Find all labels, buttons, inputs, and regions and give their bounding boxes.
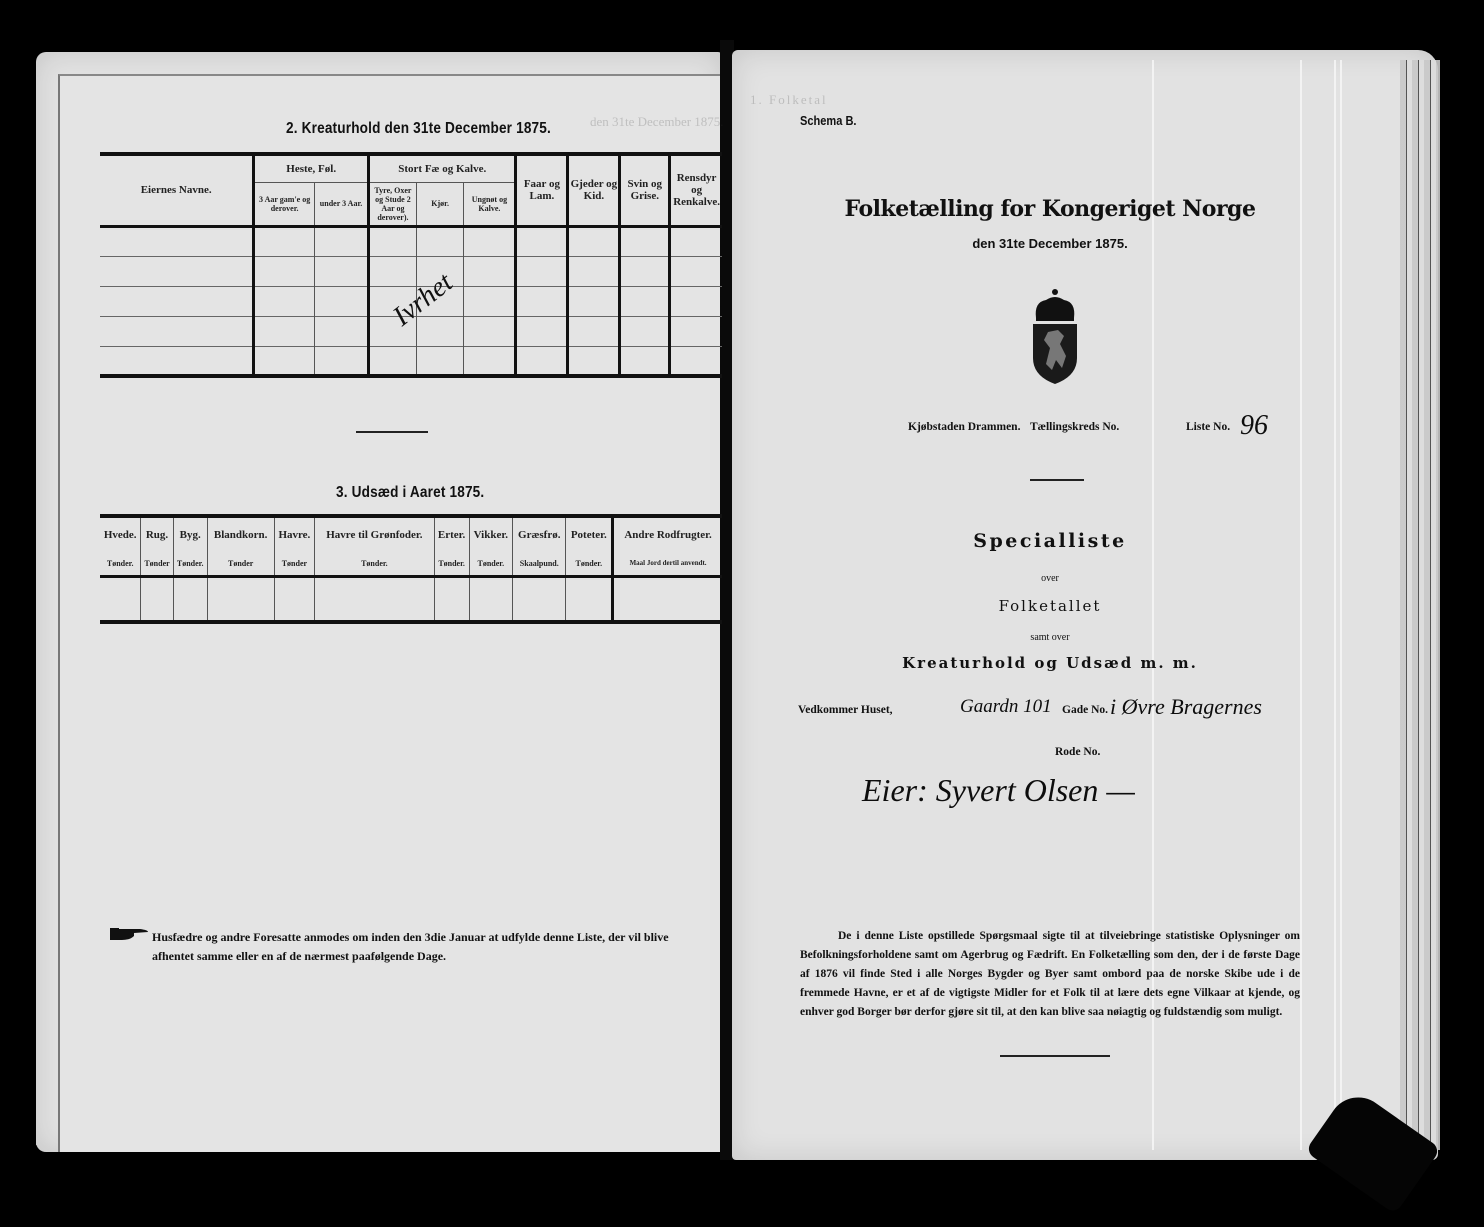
coat-of-arms-icon [1028, 288, 1082, 384]
scan-artifact-line [1340, 60, 1342, 1150]
bleed-through-text: 1. Folketal [750, 92, 828, 108]
divider [1030, 479, 1084, 481]
bleed-through-text: den 31te December 1875. [590, 114, 724, 130]
vedkommer-huset-label: Vedkommer Huset, [798, 704, 893, 716]
unit-label: Tønder. [434, 552, 469, 576]
col-cattle-calves: Ungnøt og Kalve. [464, 182, 516, 226]
col-sheep: Faar og Lam. [516, 154, 568, 226]
liste-no-label: Liste No. [1186, 421, 1230, 433]
kreaturhold-heading: Kreaturhold og Udsæd m. m. [880, 654, 1220, 672]
col-blandkorn: Blandkorn. [207, 516, 274, 552]
section-2-title: 2. Kreaturhold den 31te December 1875. [286, 120, 551, 138]
unit-label: Tønder [274, 552, 314, 576]
unit-label: Skaalpund. [513, 552, 566, 576]
notice-text: Husfædre og andre Foresatte anmodes om i… [152, 928, 712, 966]
col-horses-young: under 3 Aar. [314, 182, 368, 226]
kjobstad-label: Kjøbstaden Drammen. [908, 421, 1020, 433]
gade-no-label: Gade No. [1062, 704, 1108, 716]
liste-number-handwritten: 96 [1240, 410, 1268, 442]
col-pigs: Svin og Grise. [620, 154, 670, 226]
district-handwritten: i Øvre Bragernes [1110, 694, 1262, 720]
col-cattle-bulls: Tyre, Oxer og Stude 2 Aar og derover). [369, 182, 417, 226]
section-3-title: 3. Udsæd i Aaret 1875. [336, 484, 484, 502]
page-edge-stack-right [1400, 60, 1440, 1150]
col-hvede: Hvede. [100, 516, 141, 552]
col-owner-names: Eiernes Navne. [100, 154, 254, 226]
col-cattle-cows: Kjør. [416, 182, 464, 226]
unit-label: Tønder. [173, 552, 207, 576]
unit-label: Tønder. [469, 552, 512, 576]
census-info-text: De i denne Liste opstillede Spørgsmaal s… [800, 927, 1300, 1022]
col-byg: Byg. [173, 516, 207, 552]
col-andre-rodfrugter: Andre Rodfrugter. [613, 516, 722, 552]
col-havre-gronfoder: Havre til Grønfoder. [315, 516, 435, 552]
rode-no-label: Rode No. [1055, 746, 1100, 758]
col-group-cattle: Stort Fæ og Kalve. [369, 154, 516, 182]
unit-label: Tønder. [100, 552, 141, 576]
col-group-horses: Heste, Føl. [254, 154, 369, 182]
house-number-handwritten: Gaardn 101 [960, 696, 1052, 718]
schema-label: Schema B. [800, 113, 857, 128]
pointing-hand-icon [110, 926, 150, 942]
scan-artifact-line [1334, 60, 1336, 1150]
specialliste-heading: Specialliste [900, 530, 1200, 552]
unit-label: Tønder [141, 552, 173, 576]
col-rug: Rug. [141, 516, 173, 552]
over-label: over [1000, 573, 1100, 584]
samt-over-label: samt over [990, 632, 1110, 643]
col-goats: Gjeder og Kid. [568, 154, 620, 226]
unit-label: Tønder [207, 552, 274, 576]
col-vikker: Vikker. [469, 516, 512, 552]
taellingskreds-label: Tællingskreds No. [1030, 421, 1119, 433]
col-horses-old: 3 Aar gam'e og derover. [254, 182, 315, 226]
col-erter: Erter. [434, 516, 469, 552]
col-havre: Havre. [274, 516, 314, 552]
unit-label: Maal Jord dertil anvendt. [613, 552, 722, 576]
col-graesfro: Græsfrø. [513, 516, 566, 552]
folketallet-heading: Folketallet [950, 597, 1150, 615]
livestock-table: Eiernes Navne. Heste, Føl. Stort Fæ og K… [100, 152, 722, 378]
col-poteter: Poteter. [566, 516, 613, 552]
scan-artifact-line [1300, 60, 1302, 1150]
seed-sowing-table: Hvede. Rug. Byg. Blandkorn. Havre. Havre… [100, 514, 722, 624]
owner-handwritten: Eier: Syvert Olsen — [862, 772, 1135, 809]
col-reindeer: Rensdyr og Renkalve. [670, 154, 722, 226]
unit-label: Tønder. [566, 552, 613, 576]
divider [1000, 1055, 1110, 1057]
divider [356, 431, 428, 433]
census-title: Folketælling for Kongeriget Norge [790, 196, 1310, 222]
unit-label: Tønder. [315, 552, 435, 576]
census-date: den 31te December 1875. [880, 236, 1220, 251]
